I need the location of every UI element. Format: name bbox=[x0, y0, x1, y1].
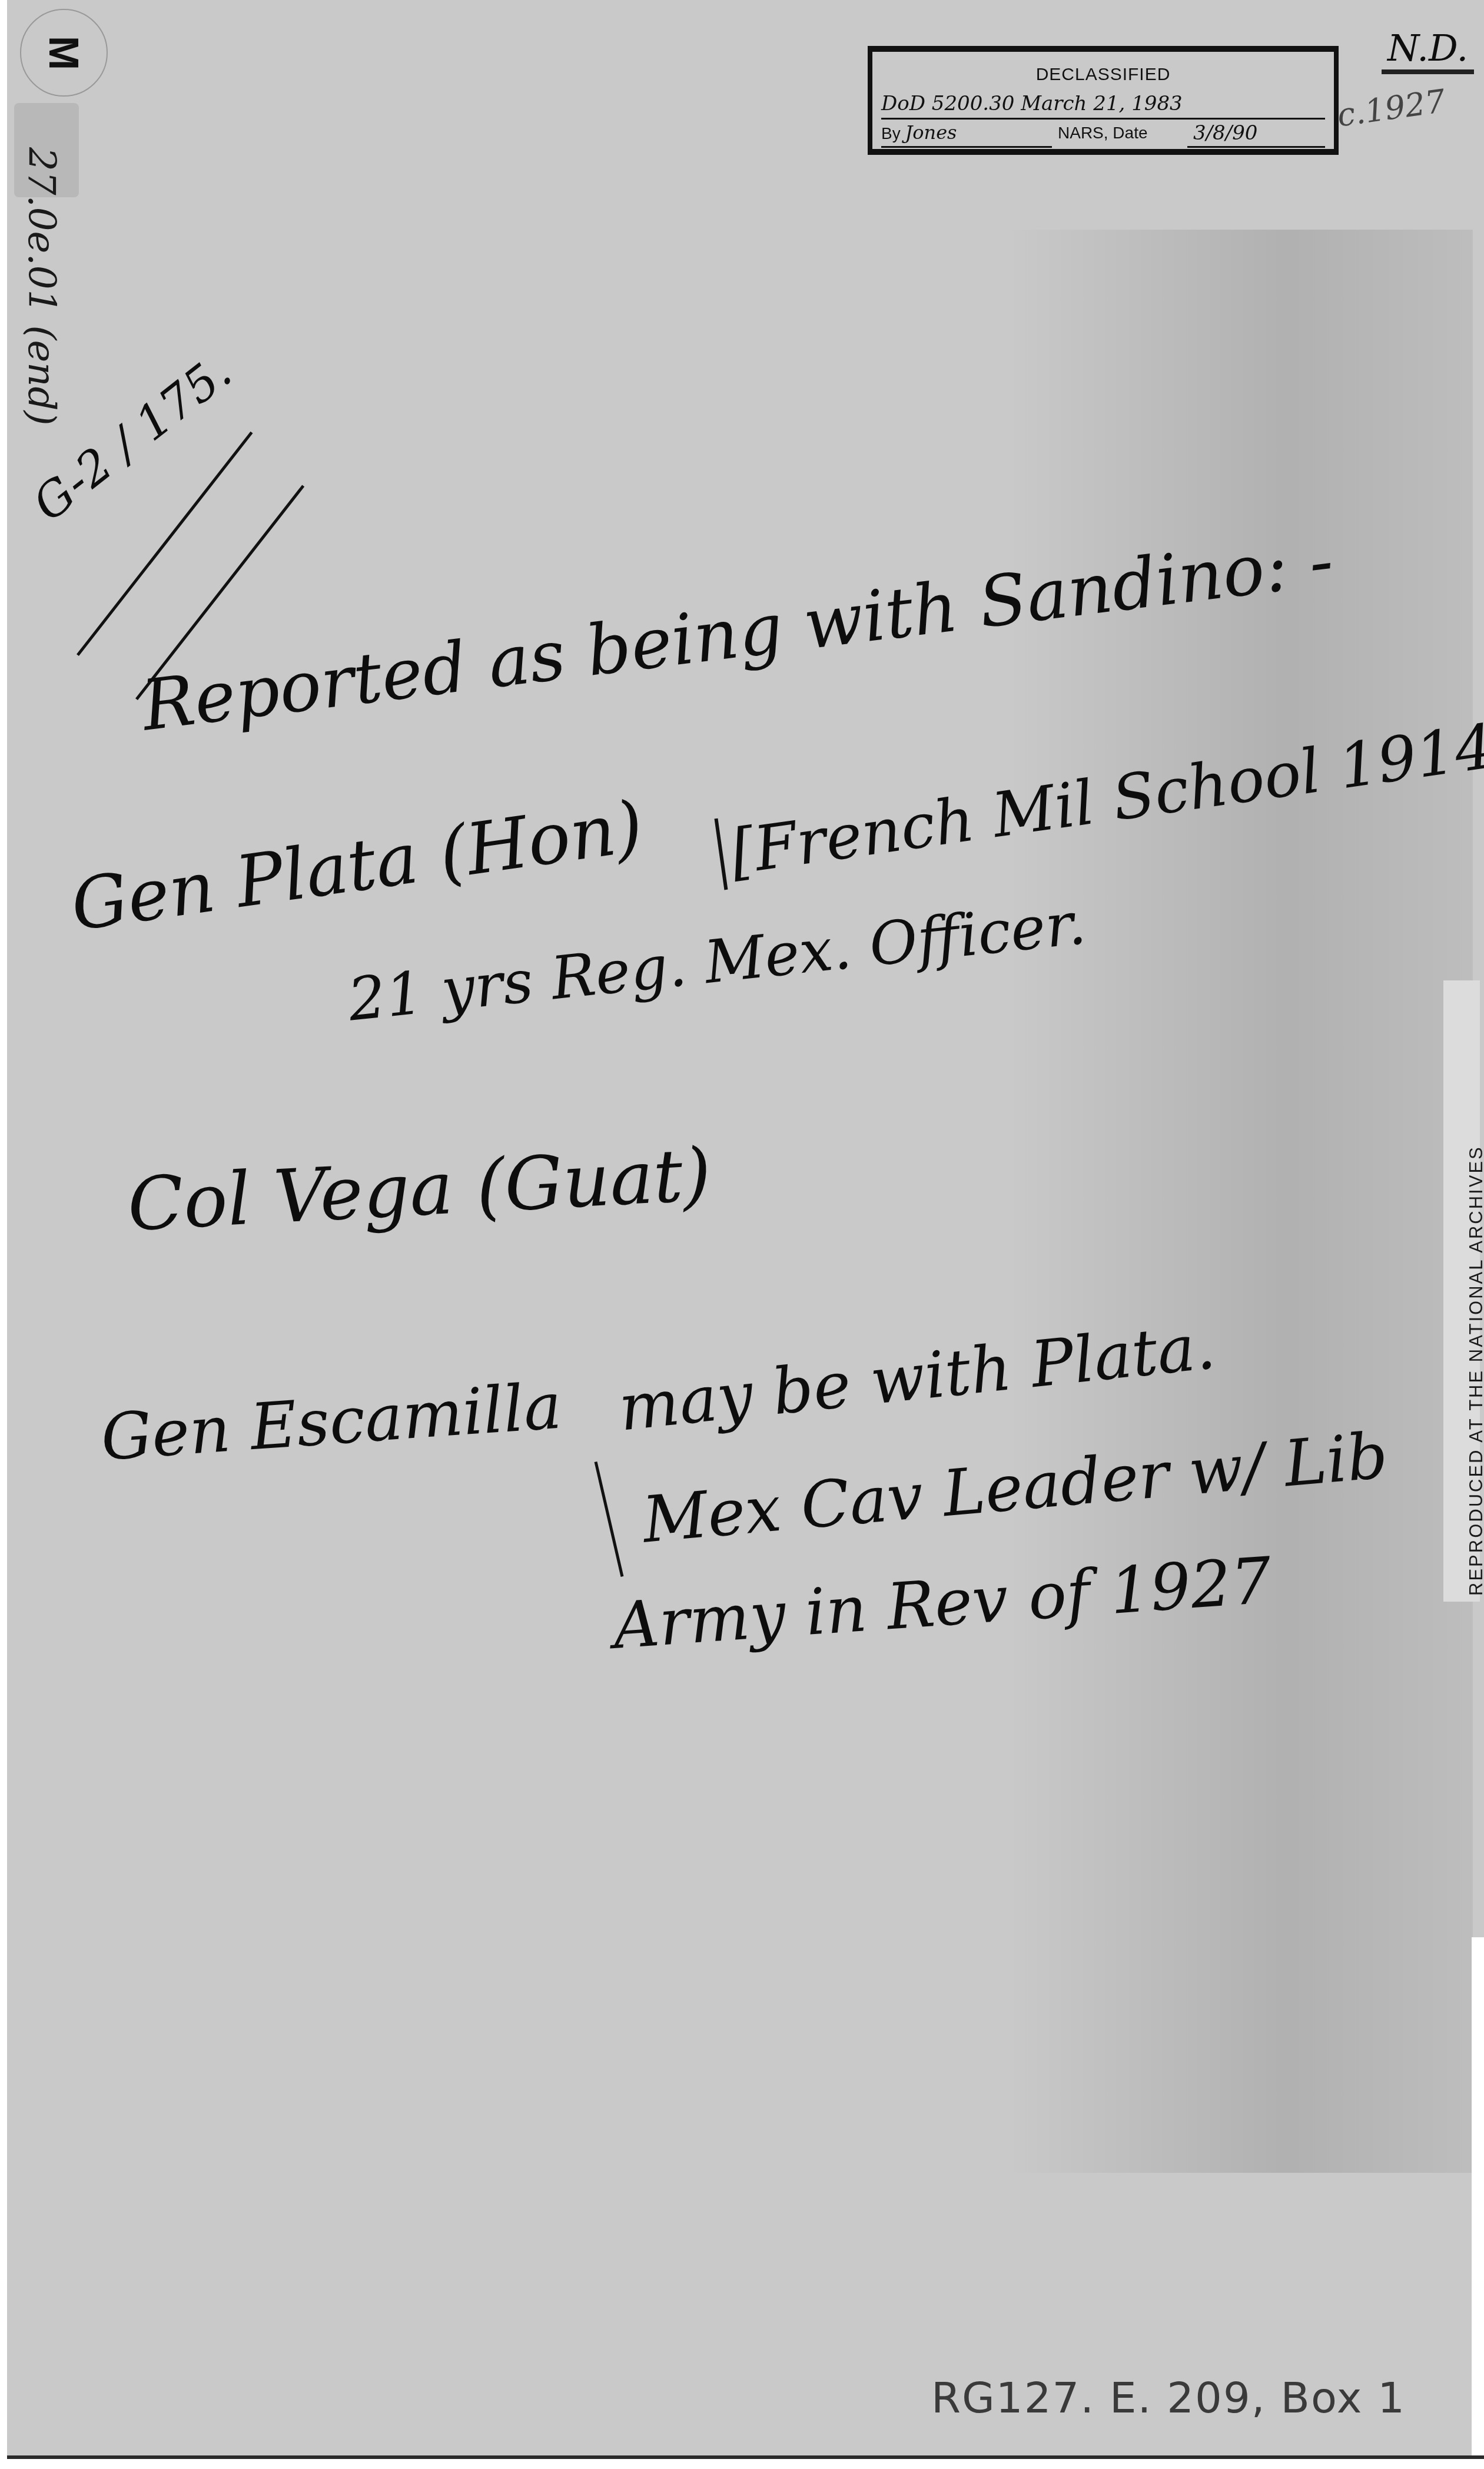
heading-line: Reported as being with Sandino: - bbox=[138, 519, 1337, 746]
plata-bracket-note: [French Mil School 1914] bbox=[715, 705, 1484, 890]
nars-date-value: 3/8/90 bbox=[1187, 121, 1325, 148]
nars-date-label: NARS, Date bbox=[1058, 124, 1148, 142]
margin-white bbox=[0, 1937, 7, 2455]
document-page: M 27.0e.01 (end) G-2 / 175. DECLASSIFIED… bbox=[7, 0, 1484, 2459]
by-signature: Jones bbox=[905, 121, 957, 144]
stamp-signature-row: By Jones NARS, Date 3/8/90 bbox=[881, 121, 1325, 147]
connector-stroke bbox=[595, 1461, 624, 1577]
escamilla-detail-2: Army in Rev of 1927 bbox=[611, 1544, 1274, 1663]
escamilla-detail-1: Mex Cav Leader w/ Lib bbox=[640, 1419, 1391, 1557]
escamilla-aside: may be with Plata. bbox=[615, 1310, 1219, 1446]
circled-mark: M bbox=[20, 9, 108, 97]
circled-letter: M bbox=[41, 35, 88, 69]
vega-line: Col Vega (Guat) bbox=[125, 1132, 713, 1248]
escamilla-line: Gen Escamilla bbox=[99, 1369, 564, 1474]
plata-line: Gen Plata (Hon) bbox=[66, 786, 648, 947]
stamp-authority: DoD 5200.30 March 21, 1983 bbox=[881, 92, 1325, 120]
by-label: By bbox=[881, 124, 901, 142]
plata-detail-line: 21 yrs Reg. Mex. Officer. bbox=[345, 889, 1089, 1035]
margin-white bbox=[1472, 1937, 1484, 2455]
note-nd: N.D. bbox=[1382, 26, 1474, 74]
vertical-file-number: 27.0e.01 (end) bbox=[19, 147, 63, 426]
stamp-title: DECLASSIFIED bbox=[872, 65, 1334, 85]
declassified-stamp: DECLASSIFIED DoD 5200.30 March 21, 1983 … bbox=[868, 46, 1339, 155]
archive-label-text: REPRODUCED AT THE NATIONAL ARCHIVES bbox=[1466, 1145, 1484, 1596]
bottom-reference: RG127. E. 209, Box 1 bbox=[931, 2373, 1406, 2422]
by-field: By Jones bbox=[881, 121, 1052, 148]
scan-shadow bbox=[1008, 230, 1473, 2173]
note-date: c.1927 bbox=[1335, 82, 1448, 134]
